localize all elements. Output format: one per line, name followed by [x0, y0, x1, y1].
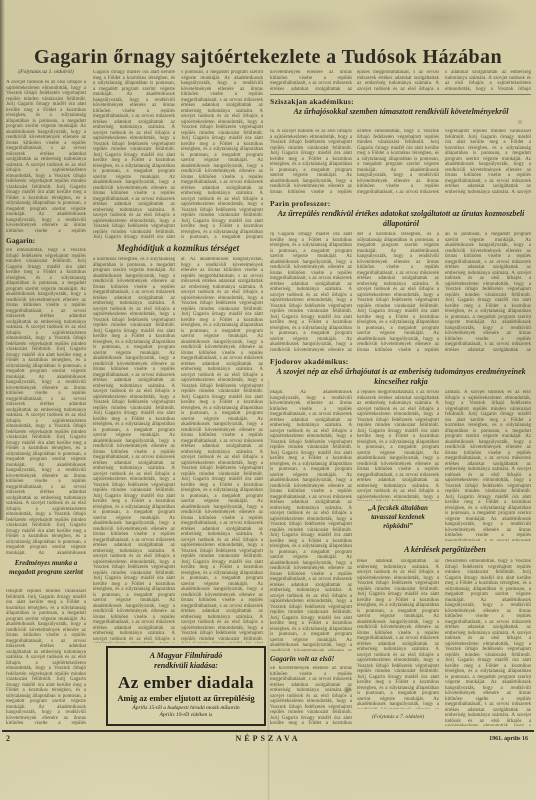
column-text: tékes adatokat szolgáltattak az emberisé…: [357, 559, 439, 709]
section-divider-rule: [270, 94, 531, 95]
column-text: a kozmikus térségben, és a súlytalanság …: [93, 257, 175, 643]
column-text: s adatokat szolgáltattak az emberiség tu…: [445, 70, 531, 92]
newspaper-page: Gagarin őrnagy sajtóértekezlete a Tudóso…: [0, 0, 536, 800]
column-text: ezleten elmondották, hogy a Vosztok űrha…: [357, 129, 439, 195]
column-text: nkáját. Az akadémikusok hangsúlyozták, h…: [270, 390, 352, 651]
column-text: át. Az akadémikusok hangsúlyozták, hogy …: [181, 257, 263, 643]
column-text: ten elmondották, hogy a Vosztok űrhajó f…: [6, 248, 86, 556]
film-ad-box: A Magyar Filmhíradó rendkívüli kiadása: …: [106, 646, 266, 726]
heading-gagarin: Gagarin:: [6, 236, 86, 245]
heading-kozmikus-terseg: Meghódítjuk a kozmikus térséget: [93, 243, 263, 253]
ad-note-2: Április 19-től vidéken is: [110, 712, 262, 719]
footer-date: 1961. április 16: [400, 736, 528, 742]
section-title-fjodorov: A szovjet nép az első űrhajóutat is az e…: [272, 367, 530, 386]
speaker-sziszakjan: Sziszakjan akadémikus:: [270, 97, 354, 106]
column-text: rij Gagarin őrnagy másfél óra alatt kerü…: [270, 232, 352, 353]
footer-rule: [2, 730, 534, 732]
speaker-fjodorov: Fjodorov akadémikus:: [270, 357, 349, 366]
heading-eredmenyes-munka: Eredményes munka a megadott program szer…: [6, 559, 86, 577]
heading-gagarin-volt-az-elso: Gagarin volt az első!: [270, 654, 352, 663]
column-text: det a kozmikus térségben, és a súlytalan…: [357, 232, 439, 353]
column-text: végrehajtott repülés minden várakozást f…: [445, 129, 531, 195]
section-title-parin: Az űrrepülés rendkívül értékes adatokat …: [272, 209, 530, 228]
heading-fecskek-quote: „A fecskék általában tavasszal kezdenek …: [357, 504, 439, 530]
ad-kicker-line1: A Magyar Filmhíradó: [110, 651, 262, 661]
ad-kicker-line2: rendkívüli kiadása:: [110, 661, 262, 671]
column-text: an is pontosan, a megadott program szeri…: [445, 232, 531, 353]
column-text: rehajtott repülés minden várakozást felü…: [6, 589, 86, 726]
column-text: követelmények ellenére az űrutas kitűnőe…: [270, 70, 352, 92]
column-text: ra. A szovjet tudósok és az első űrhajós…: [270, 129, 352, 195]
scan-left-edge: [0, 0, 5, 520]
column-text: a repülés megpróbáltatásait, s az orvosi…: [357, 390, 439, 501]
column-text: zámára. A szovjet tudósok és az első űrh…: [445, 390, 531, 541]
column-text: epülés megpróbáltatásait, s az orvosi mű…: [357, 70, 439, 92]
column-text: Gagarin őrnagy másfél óra alatt kerülte …: [93, 70, 175, 240]
column-text: üli követelmények ellenére az űrutas kit…: [270, 666, 352, 726]
column-text: s pontosan, a megadott program szerint v…: [181, 70, 263, 240]
column-text: A szovjet tudósok és az első űrhajós a s…: [6, 80, 86, 233]
continuation-note-bottom: (Folytatás a 7. oldalon): [357, 714, 439, 720]
ad-note-1: Április 15-től a budapesti híradó mozik …: [110, 705, 262, 712]
speaker-parin: Parin professzor:: [270, 199, 331, 208]
ad-title: Az ember diadala: [110, 673, 262, 692]
page-headline: Gagarin őrnagy sajtóértekezlete a Tudóso…: [30, 46, 506, 68]
section-title-sziszakjan: Az űrhajósokkal szemben támasztott rendk…: [272, 107, 530, 117]
ad-subtitle: Amig az ember eljutott az űrrepülésig: [110, 693, 262, 703]
continuation-note-top: (Folytatás az 1. oldalról): [6, 69, 86, 75]
heading-kerdesek-pergotuzeben: A kérdések pergőtüzében: [357, 545, 533, 555]
column-text: rtekezleten elmondották, hogy a Vosztok …: [445, 559, 531, 726]
